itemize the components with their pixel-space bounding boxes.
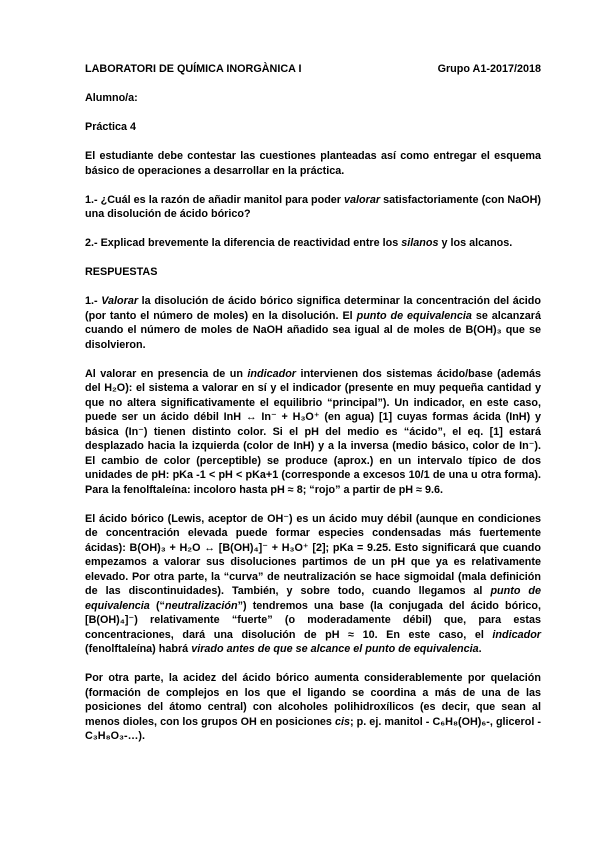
answer-paragraph-3: El ácido bórico (Lewis, aceptor de OH⁻) …	[85, 512, 541, 657]
group-label: Grupo A1-2017/2018	[438, 62, 541, 77]
practice-label: Práctica 4	[85, 120, 541, 135]
answer-paragraph-2: Al valorar en presencia de un indicador …	[85, 367, 541, 498]
responses-heading: RESPUESTAS	[85, 265, 541, 280]
answer-paragraph-4: Por otra parte, la acidez del ácido bóri…	[85, 671, 541, 744]
document-header: LABORATORI DE QUÍMICA INORGÀNICA I Grupo…	[85, 62, 541, 77]
student-label: Alumno/a:	[85, 91, 541, 106]
question-2: 2.- Explicad brevemente la diferencia de…	[85, 236, 541, 251]
intro-paragraph: El estudiante debe contestar las cuestio…	[85, 149, 541, 178]
document-page: LABORATORI DE QUÍMICA INORGÀNICA I Grupo…	[0, 0, 599, 848]
question-1: 1.- ¿Cuál es la razón de añadir manitol …	[85, 193, 541, 222]
course-title: LABORATORI DE QUÍMICA INORGÀNICA I	[85, 62, 302, 77]
answer-paragraph-1: 1.- Valorar la disolución de ácido bóric…	[85, 294, 541, 352]
